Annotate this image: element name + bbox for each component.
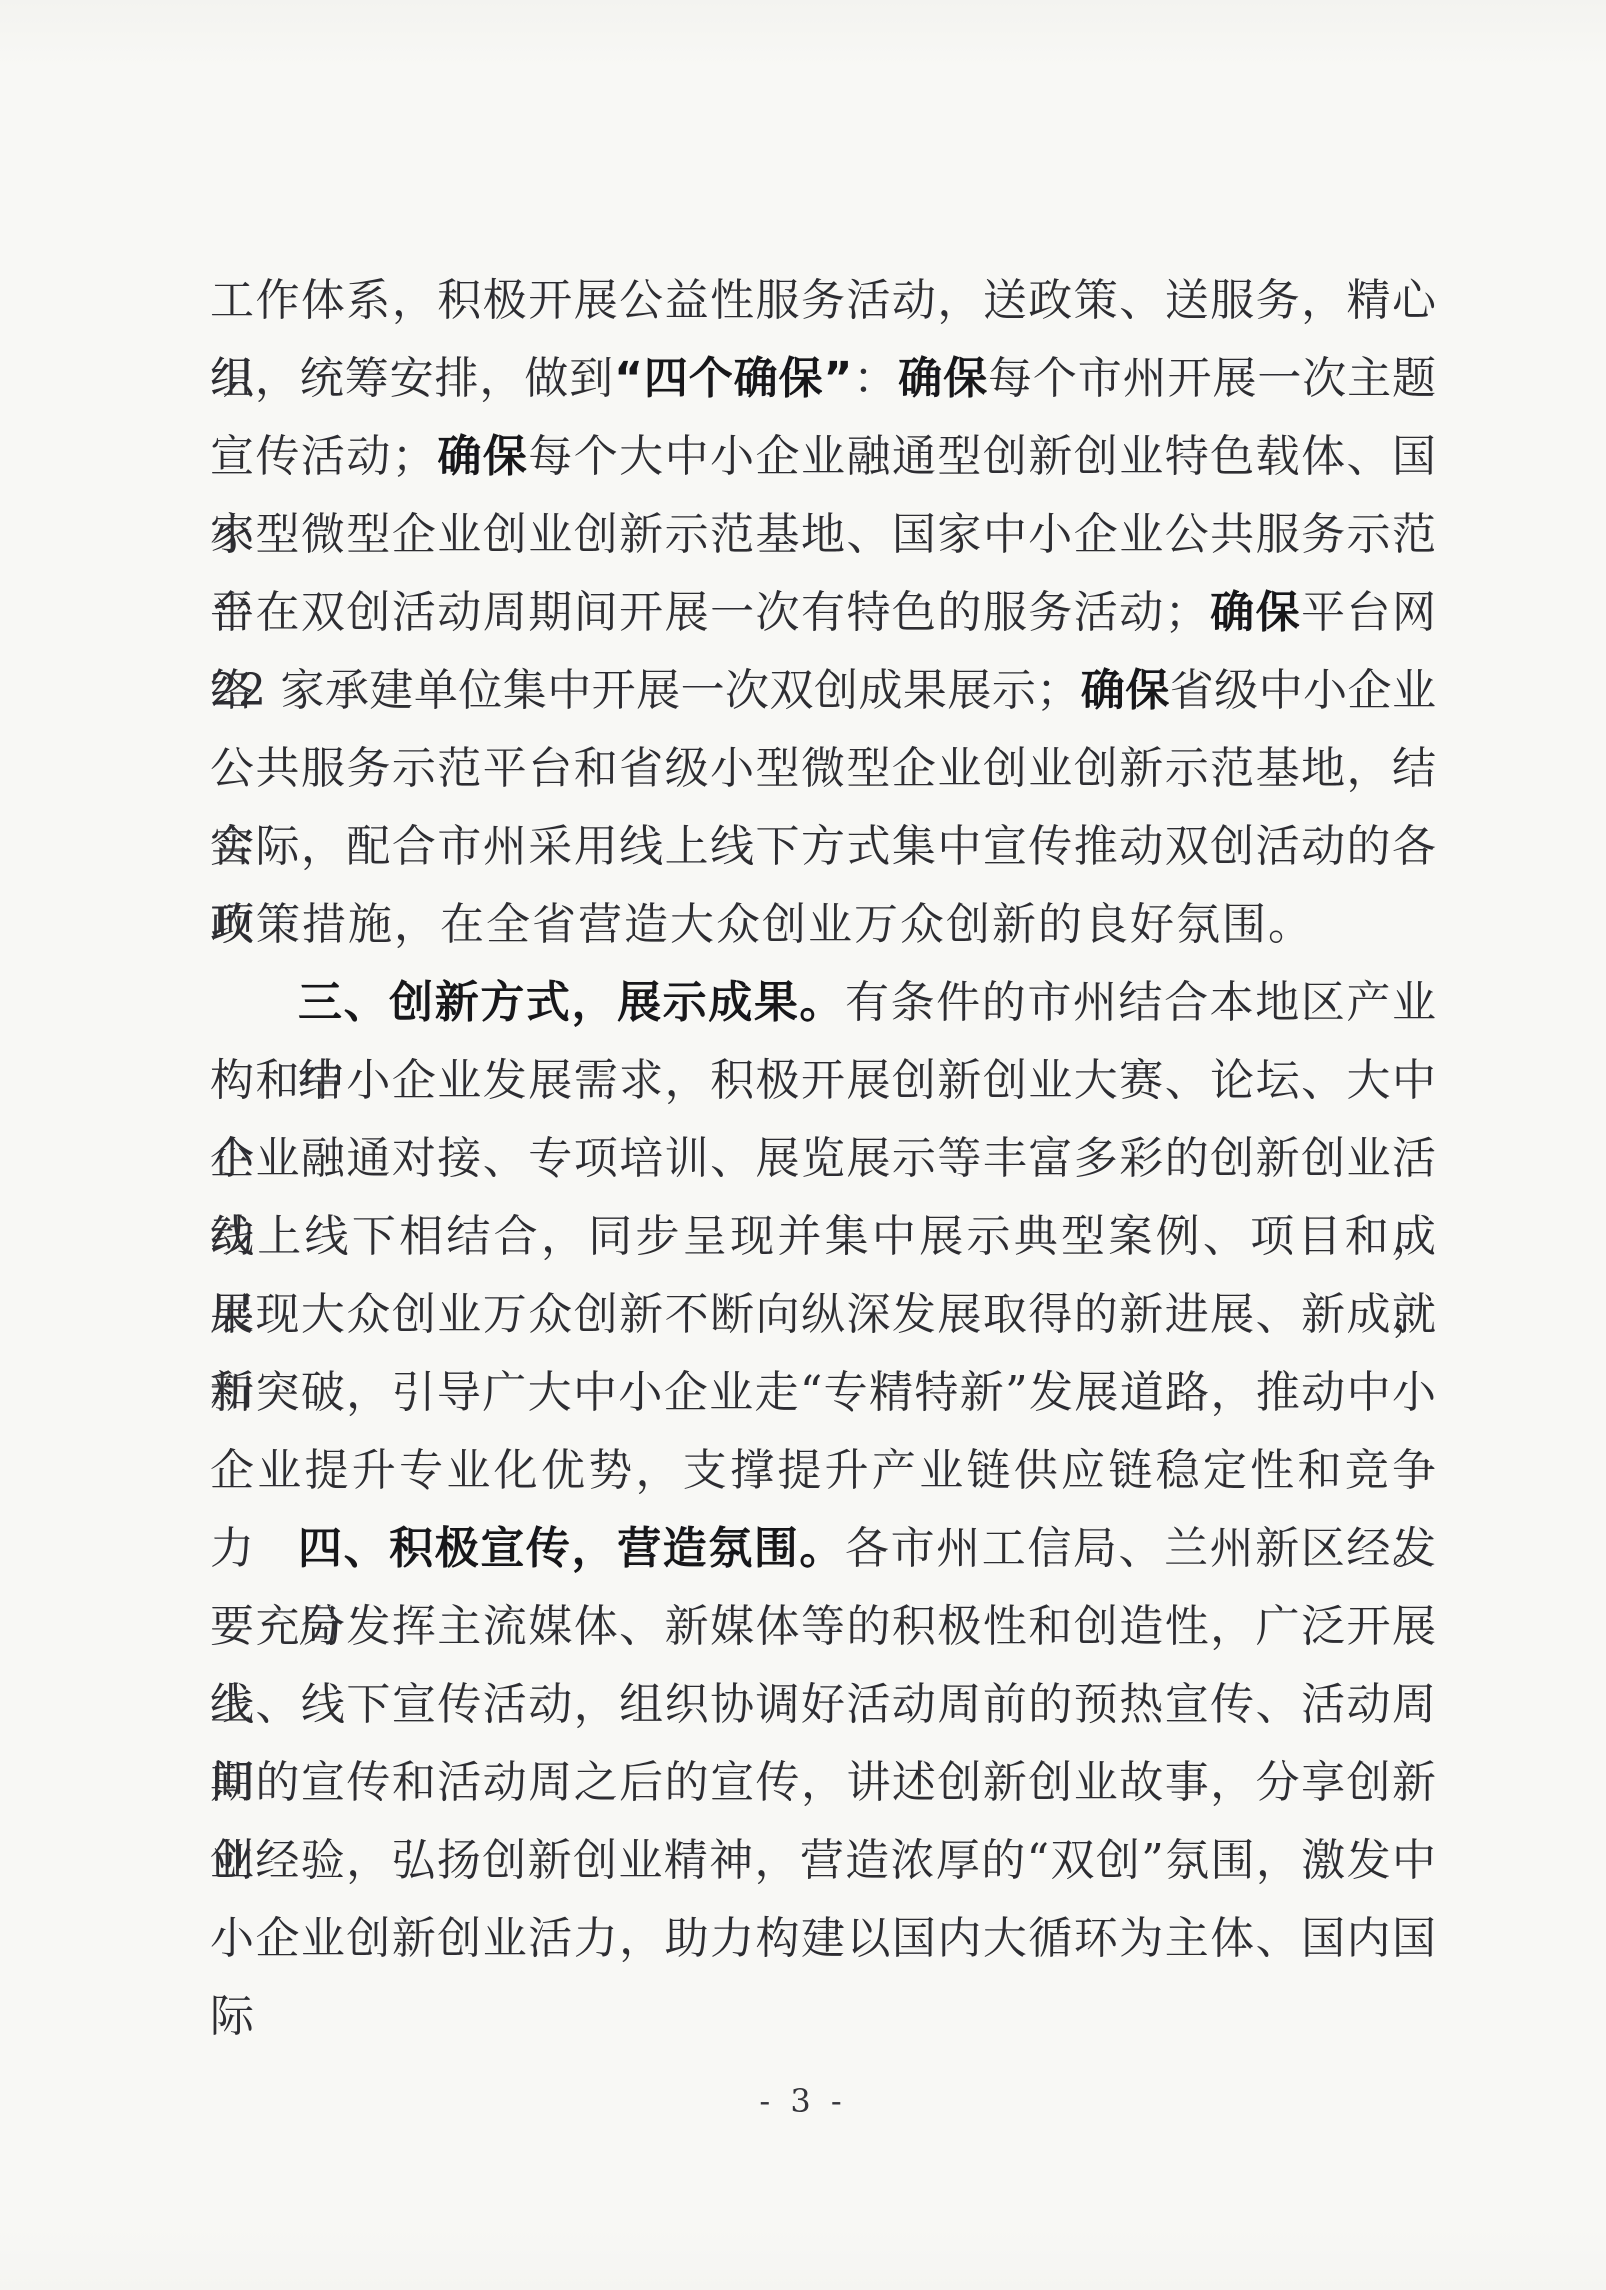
text-segment: 22 家承建单位集中开展一次双创成果展示； xyxy=(210,665,1080,716)
text-line: 企业融通对接、专项培训、展览展示等丰富多彩的创新创业活动， xyxy=(210,1120,1436,1198)
text-segment: 省级中小企业 xyxy=(1170,665,1436,716)
text-line: 四、积极宣传，营造氛围。各市州工信局、兰州新区经发局 xyxy=(210,1510,1436,1588)
text-line: 22 家承建单位集中开展一次双创成果展示；确保省级中小企业 xyxy=(210,652,1436,730)
bold-text-segment: 确保 xyxy=(436,431,528,482)
text-segment: 宣传活动； xyxy=(210,431,436,482)
body-text: 工作体系，积极开展公益性服务活动，送政策、送服务，精心组织，统筹安排，做到“四个… xyxy=(210,262,1436,1978)
bold-text-segment: 确保 xyxy=(1209,587,1301,638)
text-line: 实际，配合市州采用线上线下方式集中宣传推动双创活动的各项 xyxy=(210,808,1436,886)
bold-text-segment: “四个确保” xyxy=(614,353,852,404)
text-line: 台在双创活动周期间开展一次有特色的服务活动；确保平台网络 xyxy=(210,574,1436,652)
text-line: 小型微型企业创业创新示范基地、国家中小企业公共服务示范平 xyxy=(210,496,1436,574)
text-line: 企业提升专业化优势，支撑提升产业链供应链稳定性和竞争力。 xyxy=(210,1432,1436,1510)
bold-text-segment: 四、积极宣传，营造氛围。 xyxy=(298,1523,845,1574)
text-line: 宣传活动；确保每个大中小企业融通型创新创业特色载体、国家 xyxy=(210,418,1436,496)
text-segment: 新突破，引导广大中小企业走“专精特新”发展道路，推动中小 xyxy=(210,1367,1436,1418)
text-segment: 每个市州开展一次主题 xyxy=(988,353,1436,404)
text-line: 上、线下宣传活动，组织协调好活动周前的预热宣传、活动周期 xyxy=(210,1666,1436,1744)
text-segment: 小企业创新创业活力，助力构建以国内大循环为主体、国内国际 xyxy=(210,1913,1436,2042)
text-line: 织，统筹安排，做到“四个确保”：确保每个市州开展一次主题 xyxy=(210,340,1436,418)
text-line: 政策措施，在全省营造大众创业万众创新的良好氛围。 xyxy=(210,886,1436,964)
bold-text-segment: 确保 xyxy=(898,353,988,404)
text-segment: ： xyxy=(852,353,898,404)
text-line: 展现大众创业万众创新不断向纵深发展取得的新进展、新成就和 xyxy=(210,1276,1436,1354)
bold-text-segment: 三、创新方式，展示成果。 xyxy=(298,977,845,1028)
text-line: 业经验，弘扬创新创业精神，营造浓厚的“双创”氛围，激发中 xyxy=(210,1822,1436,1900)
text-segment: 织，统筹安排，做到 xyxy=(210,353,614,404)
text-line: 三、创新方式，展示成果。有条件的市州结合本地区产业结 xyxy=(210,964,1436,1042)
text-line: 小企业创新创业活力，助力构建以国内大循环为主体、国内国际 xyxy=(210,1900,1436,1978)
text-line: 线上线下相结合，同步呈现并集中展示典型案例、项目和成果， xyxy=(210,1198,1436,1276)
page-number: - 3 - xyxy=(0,2082,1606,2120)
text-segment: 业经验，弘扬创新创业精神，营造浓厚的“双创”氛围，激发中 xyxy=(210,1835,1436,1886)
text-line: 工作体系，积极开展公益性服务活动，送政策、送服务，精心组 xyxy=(210,262,1436,340)
text-line: 要充分发挥主流媒体、新媒体等的积极性和创造性，广泛开展线 xyxy=(210,1588,1436,1666)
text-segment: 台在双创活动周期间开展一次有特色的服务活动； xyxy=(210,587,1209,638)
text-line: 新突破，引导广大中小企业走“专精特新”发展道路，推动中小 xyxy=(210,1354,1436,1432)
text-segment: 政策措施，在全省营造大众创业万众创新的良好氛围。 xyxy=(210,899,1314,950)
bold-text-segment: 确保 xyxy=(1080,665,1169,716)
text-line: 公共服务示范平台和省级小型微型企业创业创新示范基地，结合 xyxy=(210,730,1436,808)
text-line: 间的宣传和活动周之后的宣传，讲述创新创业故事，分享创新创 xyxy=(210,1744,1436,1822)
text-line: 构和中小企业发展需求，积极开展创新创业大赛、论坛、大中小 xyxy=(210,1042,1436,1120)
document-page: 工作体系，积极开展公益性服务活动，送政策、送服务，精心组织，统筹安排，做到“四个… xyxy=(0,0,1606,2290)
